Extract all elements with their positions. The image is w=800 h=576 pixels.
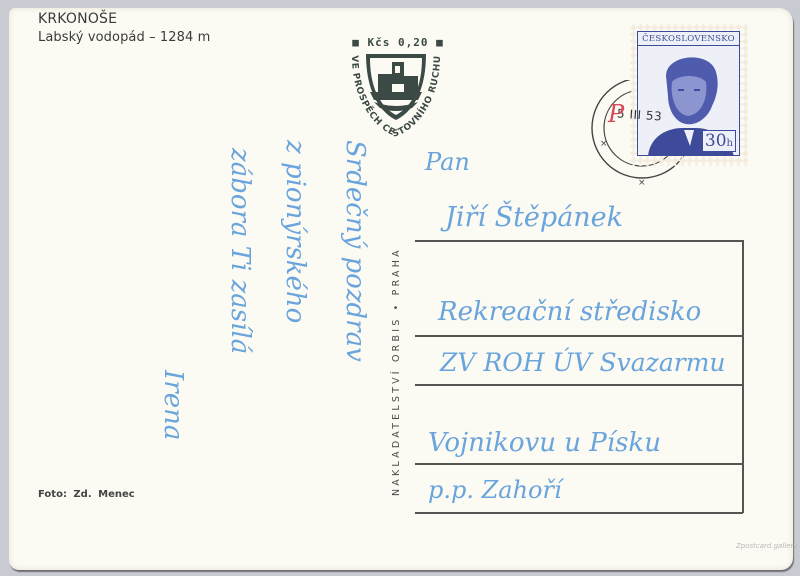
photo-credit: Foto: Zd. Menec — [38, 489, 135, 500]
message-line-2: z pionýrského — [280, 140, 310, 323]
stamp-country: ČESKOSLOVENSKO — [638, 34, 739, 46]
message-signature: Irena — [158, 370, 188, 440]
address-line-5 — [415, 512, 743, 514]
message-line-1: Srdečný pozdrav — [340, 140, 370, 362]
address-line-text-2: ZV ROH ÚV Svazarmu — [440, 348, 726, 377]
stamp-value-number: 30 — [705, 131, 727, 151]
postcard-title: KRKONOŠE — [38, 11, 117, 27]
address-line-text-1: Rekreační středisko — [438, 297, 701, 327]
address-line-text-3: Vojnikovu u Písku — [428, 428, 661, 458]
publisher-label: NAKLADATELSTVÍ ORBIS • PRAHA — [391, 247, 402, 496]
address-line-1 — [415, 240, 743, 242]
address-name: Jiří Štěpánek — [445, 202, 623, 233]
stamp-value: 30h — [702, 130, 736, 152]
address-line-text-4: p.p. Zahoří — [428, 476, 562, 504]
castle-shield-icon: VE PROSPĚCH CESTOVNÍHO RUCHU — [340, 36, 450, 140]
address-line-4 — [415, 463, 743, 465]
watermark: Zpostcard.gallery — [736, 542, 798, 550]
postcard-subtitle: Labský vodopád – 1284 m — [38, 30, 210, 45]
address-line-2 — [415, 335, 743, 337]
address-salutation: Pan — [425, 148, 470, 176]
svg-text:×: × — [638, 178, 646, 188]
tourism-seal: ■ Kčs 0,20 ■ VE PROSPĚCH CESTOVNÍHO RUCH… — [340, 36, 450, 140]
postmark-red-mark: P — [608, 100, 624, 128]
svg-text:×: × — [600, 139, 608, 149]
address-line-3 — [415, 384, 743, 386]
address-box-border — [742, 240, 744, 513]
message-line-3: zábora Ti zasílá — [225, 148, 255, 354]
stamp-frame: ČESKOSLOVENSKO 30h — [637, 31, 740, 156]
stamp-value-unit: h — [727, 138, 733, 149]
